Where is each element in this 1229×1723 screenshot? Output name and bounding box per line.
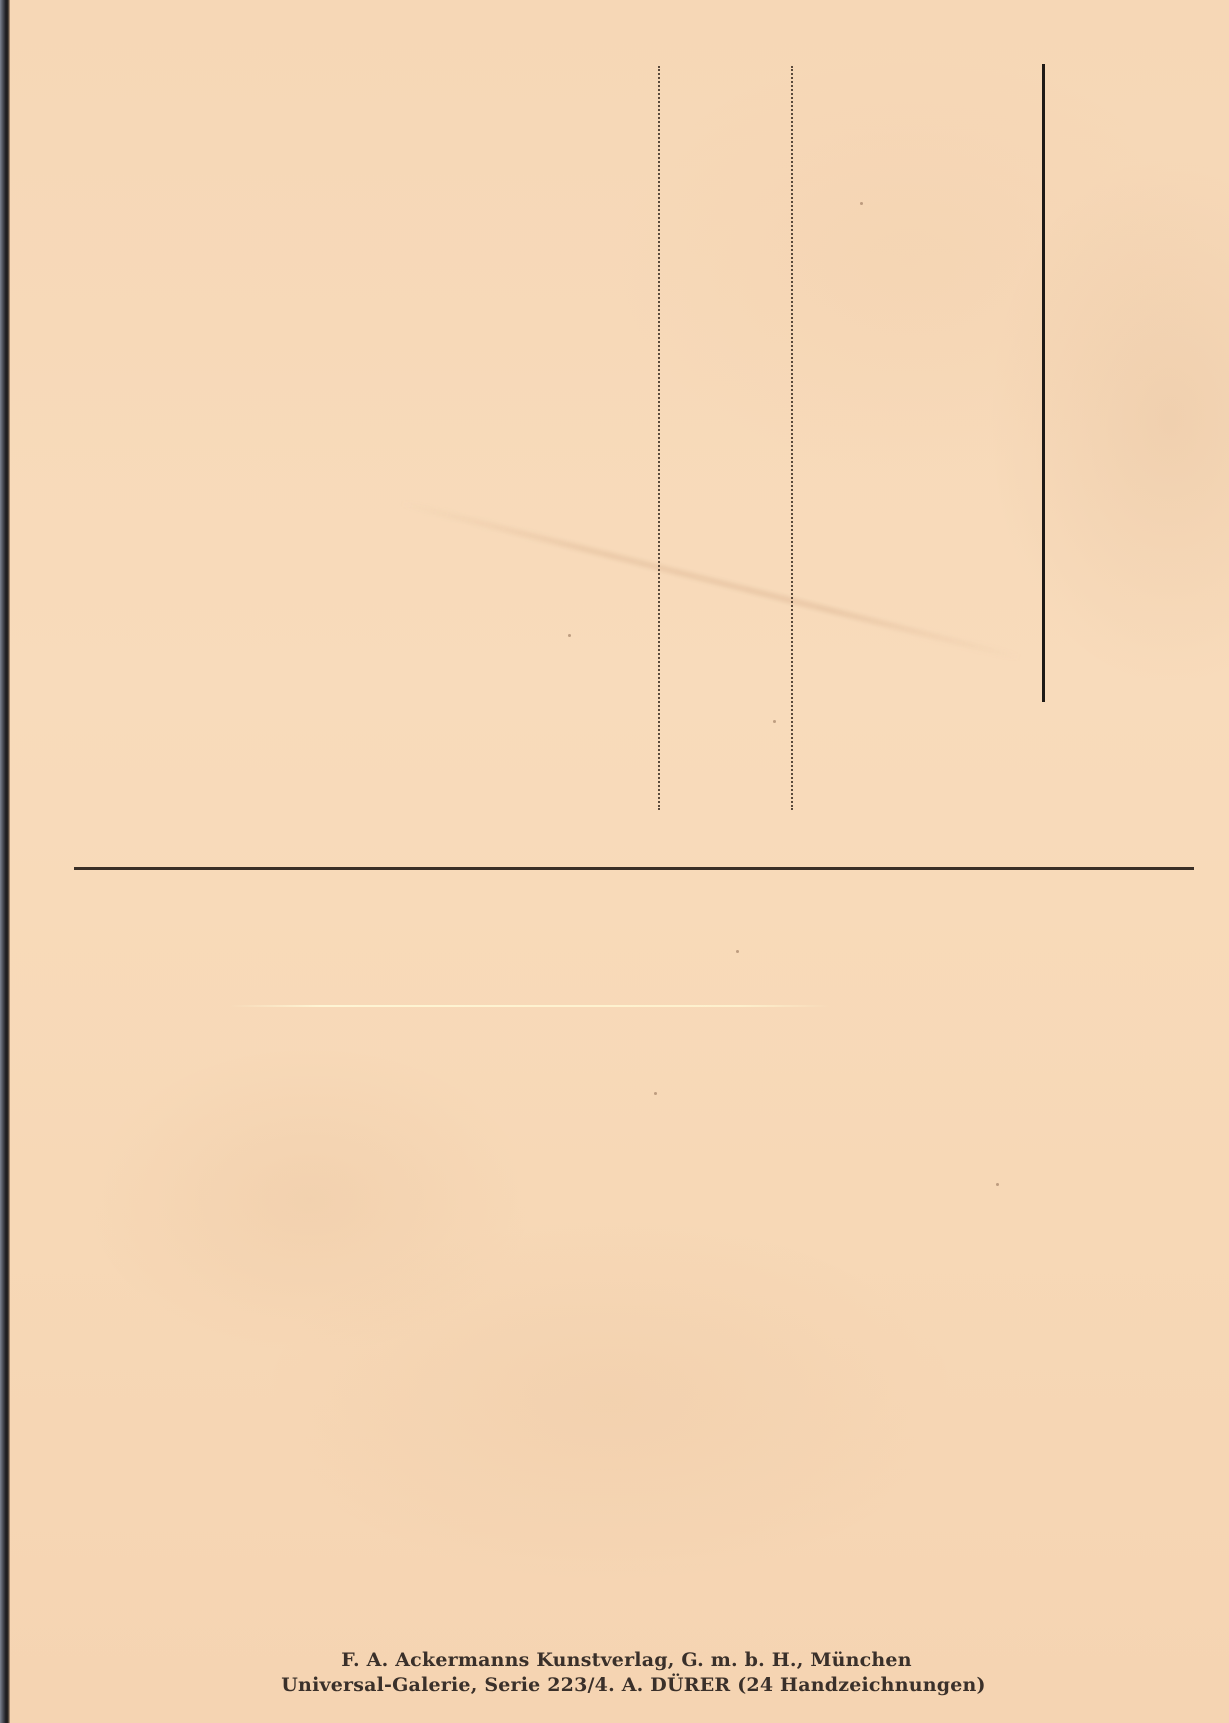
scan-edge-shadow — [0, 0, 10, 1723]
paper-speck — [773, 720, 776, 723]
dotted-divider-left — [658, 66, 660, 810]
publisher-imprint: F. A. Ackermanns Kunstverlag, G. m. b. H… — [0, 1648, 1229, 1698]
paper-scratch — [230, 1005, 830, 1007]
paper-speck — [568, 634, 571, 637]
address-divider-rule — [74, 867, 1194, 870]
imprint-publisher-line: F. A. Ackermanns Kunstverlag, G. m. b. H… — [0, 1648, 1229, 1673]
postcard-paper — [10, 0, 1229, 1723]
dotted-divider-right — [791, 66, 793, 810]
stamp-area-rule — [1042, 64, 1045, 702]
paper-speck — [996, 1183, 999, 1186]
imprint-series-line: Universal-Galerie, Serie 223/4. A. DÜRER… — [0, 1673, 1229, 1698]
paper-speck — [860, 202, 863, 205]
paper-speck — [654, 1092, 657, 1095]
paper-speck — [736, 950, 739, 953]
postcard-scan: F. A. Ackermanns Kunstverlag, G. m. b. H… — [0, 0, 1229, 1723]
